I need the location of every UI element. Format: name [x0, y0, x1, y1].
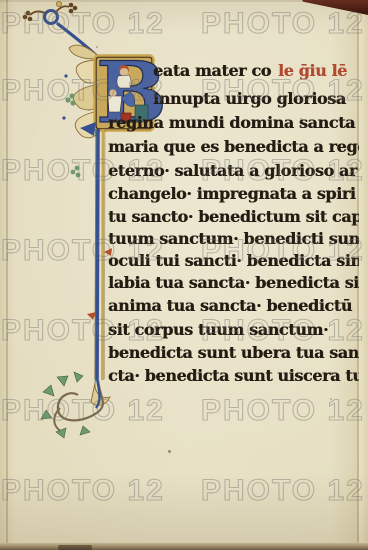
- rubric-text: le ḡiu lē: [278, 61, 347, 80]
- parchment-page: B: [0, 0, 368, 550]
- manuscript-line: labia tua sancta· benedicta sit: [108, 272, 366, 294]
- parchment-speck: [330, 398, 332, 400]
- watermark-text: PHOTO 12: [201, 395, 365, 427]
- parchment-speck: [96, 46, 98, 48]
- watermark-text: PHOTO 12: [1, 395, 165, 427]
- watermark-text: PHOTO 12: [201, 8, 365, 40]
- manuscript-line: benedicta sunt ubera tua san: [108, 342, 359, 364]
- manuscript-line: oculi tui sancti· benedicta sint: [108, 250, 368, 272]
- ivy-leaves: [41, 372, 90, 438]
- watermark-text: PHOTO 12: [1, 8, 165, 40]
- parchment-speck: [300, 118, 302, 120]
- manuscript-line: eata mater cole ḡiu lē: [153, 60, 347, 82]
- watermark-text: PHOTO 12: [201, 475, 365, 507]
- binding-edge: [302, 0, 368, 15]
- watermark-text: PHOTO 12: [1, 75, 165, 107]
- manuscript-line: maria que es benedicta a rege: [108, 136, 367, 158]
- manuscript-line: innupta uirgo gloriosa: [153, 88, 346, 110]
- incipit-text: eata mater co: [153, 61, 271, 80]
- page-edge-bottom-stain: [58, 545, 92, 550]
- manuscript-line: tuum sanctum· benedicti sunt: [108, 228, 367, 250]
- bottom-flourish-ivy: [41, 372, 110, 438]
- manuscript-line: changelo· impregnata a spiri: [108, 183, 355, 205]
- page-edge-right-strip: [359, 0, 368, 550]
- parchment-speck: [168, 450, 171, 453]
- top-flourish-knot: [23, 1, 118, 80]
- manuscript-line: anima tua sancta· benedictū: [108, 295, 352, 317]
- manuscript-line: tu sancto· benedictum sit caput: [108, 206, 368, 228]
- manuscript-line: cta· benedicta sunt uiscera tua: [108, 365, 368, 387]
- initial-cusps: [62, 45, 96, 177]
- watermark-text: PHOTO 12: [1, 475, 165, 507]
- page-edge-bottom: [0, 543, 368, 550]
- manuscript-line: eterno· salutata a glorioso ar: [108, 160, 357, 182]
- page-edge-right: [357, 0, 359, 550]
- manuscript-line: regina mundi domina sancta: [108, 112, 355, 134]
- page-edge-left: [6, 0, 8, 550]
- manuscript-line: sit corpus tuum sanctum·: [108, 319, 328, 341]
